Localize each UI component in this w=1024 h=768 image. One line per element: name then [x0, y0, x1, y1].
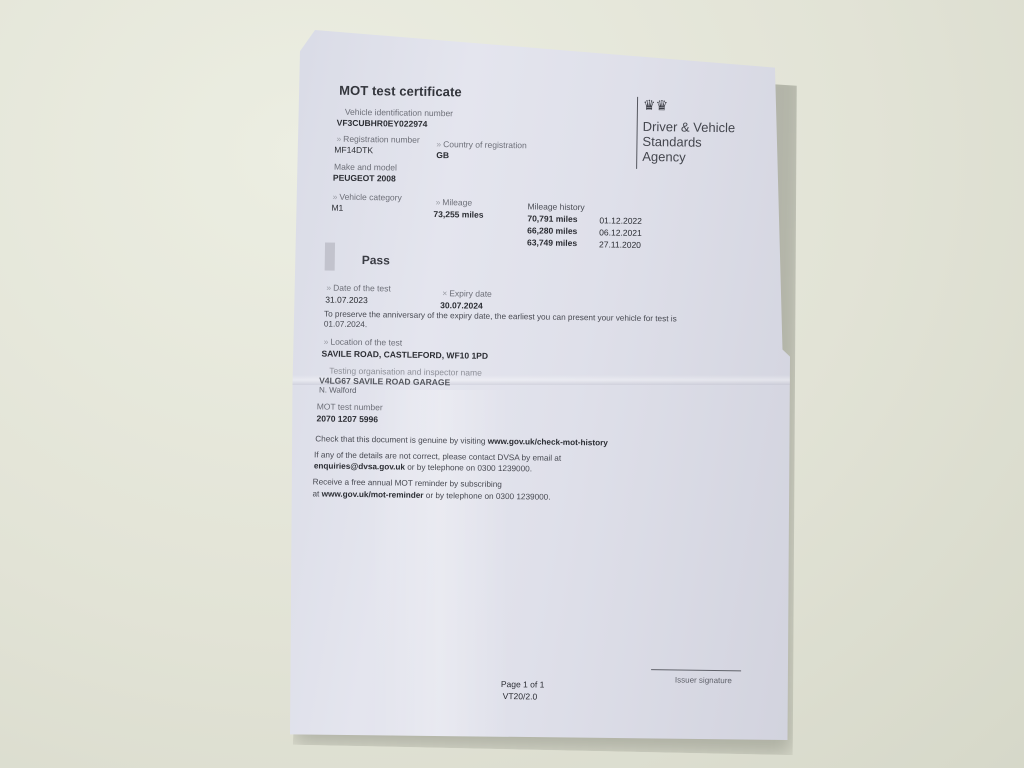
- check-mot-history-link[interactable]: www.gov.uk/check-mot-history: [488, 437, 608, 448]
- bullet-icon: »: [333, 192, 338, 202]
- history-date-1: 01.12.2022: [599, 215, 642, 226]
- certificate-content: MOT test certificate ♛♛ Driver & Vehicle…: [280, 30, 790, 747]
- expiry-date-label: ×Expiry date: [442, 288, 492, 299]
- expiry-date-value: 30.07.2024: [440, 300, 483, 311]
- certificate-title: MOT test certificate: [339, 83, 462, 100]
- history-date-2: 06.12.2021: [599, 227, 642, 238]
- reminder-note-line-1: Receive a free annual MOT reminder by su…: [313, 477, 502, 489]
- test-number-value: 2070 1207 5996: [317, 413, 379, 424]
- mot-certificate-paper: MOT test certificate ♛♛ Driver & Vehicle…: [290, 30, 790, 740]
- test-result: Pass: [362, 253, 390, 267]
- bullet-icon: »: [324, 337, 329, 347]
- registration-label: »Registration number: [336, 134, 419, 145]
- inspector-name: N. Walford: [319, 385, 357, 395]
- test-date-label: »Date of the test: [326, 283, 391, 294]
- bullet-icon: ×: [442, 288, 447, 298]
- royal-crest-icon: ♛♛: [643, 97, 668, 114]
- page-number: Page 1 of 1: [501, 679, 545, 690]
- location-value: SAVILE ROAD, CASTLEFORD, WF10 1PD: [321, 348, 488, 360]
- agency-name-line-1: Driver & Vehicle: [643, 119, 736, 135]
- signature-line: [651, 669, 741, 671]
- history-date-3: 27.11.2020: [599, 239, 641, 250]
- history-miles-3: 63,749 miles: [527, 237, 577, 248]
- category-value: M1: [331, 203, 343, 213]
- bullet-icon: »: [336, 134, 341, 144]
- result-marker: [325, 243, 335, 271]
- test-date-value: 31.07.2023: [325, 295, 368, 306]
- vin-label: Vehicle identification number: [345, 107, 453, 119]
- make-model-value: PEUGEOT 2008: [333, 173, 396, 184]
- contact-email-link[interactable]: enquiries@dvsa.gov.uk: [314, 461, 405, 471]
- mileage-label: »Mileage: [436, 197, 473, 208]
- test-number-label: MOT test number: [317, 401, 383, 412]
- country-label: »Country of registration: [436, 139, 526, 150]
- country-value: GB: [436, 150, 449, 160]
- anniversary-note-line-2: 01.07.2024.: [324, 320, 367, 330]
- agency-divider: [636, 97, 638, 169]
- make-model-label: Make and model: [334, 162, 397, 173]
- mileage-history-label: Mileage history: [527, 201, 584, 212]
- agency-name-line-3: Agency: [642, 149, 686, 165]
- reminder-note-line-2: at www.gov.uk/mot-reminder or by telepho…: [312, 489, 550, 501]
- mot-reminder-link[interactable]: www.gov.uk/mot-reminder: [322, 489, 424, 499]
- bullet-icon: »: [436, 139, 441, 149]
- contact-note-line-2: enquiries@dvsa.gov.uk or by telephone on…: [314, 461, 532, 473]
- bullet-icon: »: [436, 197, 441, 207]
- history-miles-1: 70,791 miles: [527, 213, 577, 224]
- bullet-icon: »: [326, 283, 331, 293]
- mileage-value: 73,255 miles: [433, 209, 483, 220]
- history-miles-2: 66,280 miles: [527, 225, 577, 236]
- registration-value: MF14DTK: [334, 145, 373, 156]
- category-label: »Vehicle category: [333, 192, 402, 203]
- anniversary-note-line-1: To preserve the anniversary of the expir…: [324, 310, 677, 324]
- location-label: »Location of the test: [324, 337, 403, 348]
- issuer-signature-label: Issuer signature: [675, 675, 732, 685]
- form-code: VT20/2.0: [503, 691, 538, 701]
- genuine-check-note: Check that this document is genuine by v…: [315, 434, 608, 447]
- vin-value: VF3CUBHR0EY022974: [337, 118, 428, 129]
- agency-name-line-2: Standards: [642, 134, 701, 150]
